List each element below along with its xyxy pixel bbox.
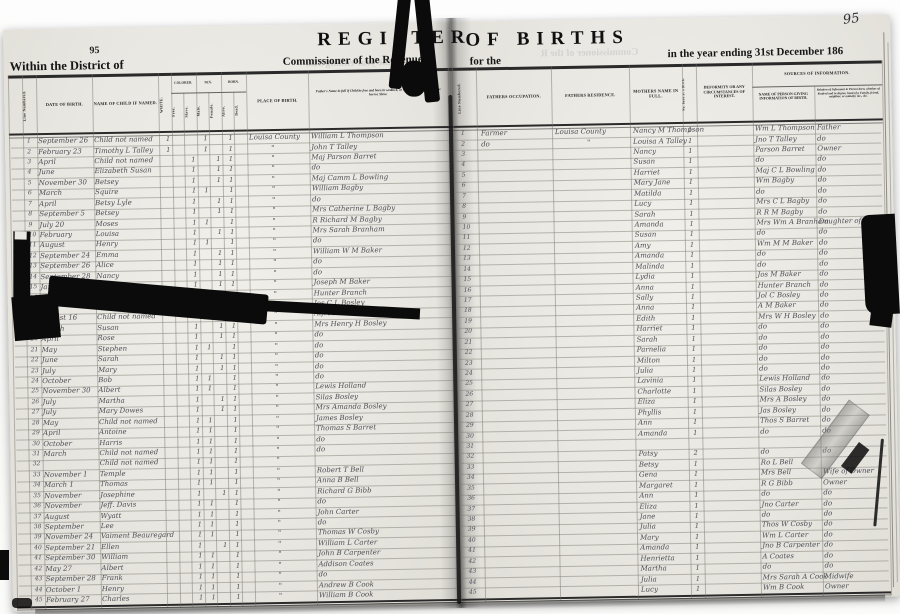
father-name: Hunter Branch [314, 289, 367, 297]
informant-name: Jno Carter [761, 501, 798, 509]
tally-mark: 1 [233, 396, 237, 403]
birth-place: Louisa County [249, 134, 300, 142]
father-name: Anna B Bell [317, 477, 359, 485]
informant-name: do [756, 188, 765, 195]
row-line-number: 25 [31, 389, 39, 395]
number-born-at-birth: 1 [694, 481, 698, 488]
tally-mark: 1 [198, 563, 202, 570]
tally-mark: 1 [233, 406, 237, 413]
number-born-at-birth: 1 [688, 127, 692, 134]
birth-place: " [272, 165, 275, 172]
informant-name: Hunter Branch [758, 281, 811, 289]
number-born-at-birth: 1 [692, 367, 696, 374]
mother-name: Milton [637, 357, 660, 364]
mother-name: Sally [636, 294, 654, 301]
informant-name: A M Baker [758, 302, 796, 310]
informant-relation: do [824, 542, 833, 549]
informant-name: Wm B Cook [763, 584, 805, 592]
row-line-number: 4 [28, 170, 32, 176]
tally-mark: 1 [199, 594, 203, 601]
tally-mark: 1 [209, 438, 213, 445]
row-line-number: 35 [33, 493, 41, 499]
birth-place: " [279, 583, 282, 590]
row-line-number: 23 [31, 368, 39, 374]
row-line-number: 9 [28, 222, 32, 228]
child-name: Child not named [97, 314, 156, 322]
child-name: Emma [96, 252, 119, 259]
number-born-at-birth: 1 [696, 565, 700, 572]
tally-mark: 1 [221, 406, 225, 413]
number-born-at-birth: 1 [694, 492, 698, 499]
col-header-slave: Slave. [184, 95, 196, 127]
row-line-number: 28 [32, 420, 40, 426]
row-line-number: 23 [465, 360, 473, 366]
father-name: Thomas W Cosby [318, 529, 379, 537]
row-line-number: 8 [462, 204, 466, 210]
birth-place: " [274, 311, 277, 318]
number-born-at-birth: 1 [688, 158, 692, 165]
row-line-number: 24 [465, 371, 473, 377]
col-header-deformity: DEFORMITY OR ANY CIRCUMSTANCES OF INTERE… [698, 85, 750, 100]
row-line-number: 36 [33, 503, 41, 509]
tally-mark: 1 [193, 250, 197, 257]
informant-name: do [755, 157, 764, 164]
row-line-number: 39 [34, 535, 42, 541]
row-line-number: 41 [34, 555, 42, 561]
mother-name: Gena [639, 472, 658, 479]
tally-mark: 1 [196, 438, 200, 445]
birth-place: " [275, 364, 278, 371]
informant-name: do [761, 491, 770, 498]
tally-mark: 1 [208, 417, 212, 424]
number-born-at-birth: 1 [694, 461, 698, 468]
informant-relation: do [820, 302, 829, 309]
informant-name: Parson Barret [755, 146, 805, 154]
tally-mark: 1 [191, 156, 195, 163]
father-name: John T Talley [311, 143, 357, 151]
tally-mark: 1 [217, 198, 221, 205]
row-line-number: 27 [466, 402, 474, 408]
tally-mark: 1 [236, 552, 240, 559]
child-name: Betsey [95, 210, 119, 217]
birth-place: " [278, 520, 281, 527]
informant-relation: do [820, 323, 829, 330]
row-line-number: 35 [467, 485, 475, 491]
tally-mark: 1 [194, 334, 198, 341]
informant-relation: Father [817, 124, 840, 131]
number-born-at-birth: 1 [691, 304, 695, 311]
number-born-at-birth: 1 [688, 148, 692, 155]
tally-mark: 1 [197, 480, 201, 487]
mother-name: Betsy [639, 461, 659, 468]
birth-date: October [43, 440, 72, 447]
birth-place: " [278, 510, 281, 517]
birth-date: March [39, 190, 62, 197]
tally-mark: 1 [207, 344, 211, 351]
father-name: do [317, 498, 326, 505]
tally-mark: 1 [211, 594, 215, 601]
mother-name: Charlotte [637, 388, 671, 396]
child-name: Albert [101, 564, 123, 571]
father-name: Maj Camm L Bowling [312, 174, 389, 182]
row-line-number: 24 [31, 378, 39, 384]
mother-name: Henrietta [640, 555, 674, 563]
tally-mark: 1 [234, 448, 238, 455]
birth-place: " [271, 145, 274, 152]
number-born-at-birth: 1 [690, 221, 694, 228]
tally-mark: 1 [217, 166, 221, 173]
child-name: Betsy Lyle [95, 199, 132, 207]
tally-mark: 1 [236, 542, 240, 549]
row-line-number: 40 [34, 545, 42, 551]
informant-relation: do [818, 187, 827, 194]
tally-mark: 1 [236, 594, 240, 601]
informant-name: Mrs Sarah A Cook [763, 573, 828, 581]
tally-mark: 1 [210, 511, 214, 518]
informant-name: Wm L Thompson [755, 125, 815, 133]
child-name: Ellen [101, 544, 119, 551]
tally-mark: 1 [195, 365, 199, 372]
row-line-number: 14 [29, 274, 37, 280]
scanned-register-photo: 95 95 Within the District of REGISTER OF… [0, 0, 900, 614]
tally-mark: 1 [222, 490, 226, 497]
tally-mark: 1 [234, 458, 238, 465]
child-name: Charles [102, 596, 129, 603]
tally-mark: 1 [209, 427, 213, 434]
child-name: Child not named [99, 449, 158, 457]
child-name: Martha [99, 398, 125, 405]
birth-place: " [272, 186, 275, 193]
child-name: Albert [98, 387, 120, 394]
birth-date: November [44, 492, 81, 500]
number-born-at-birth: 1 [690, 273, 694, 280]
tally-mark: 1 [198, 542, 202, 549]
informant-relation: Owner [825, 583, 849, 590]
birth-date: September 28 [46, 575, 96, 583]
birth-date: May 27 [45, 565, 72, 572]
tally-mark: 1 [196, 448, 200, 455]
mother-name: Julia [637, 367, 653, 374]
birth-place: " [275, 343, 278, 350]
birth-date: September 30 [45, 555, 95, 563]
mother-name: Louisa A Talley [633, 137, 687, 145]
birth-place: " [272, 218, 275, 225]
father-name: John Carter [318, 508, 360, 516]
tally-mark: 1 [229, 187, 233, 194]
informant-name: do [757, 261, 766, 268]
informant-name: do [760, 428, 769, 435]
mother-name: Jane [640, 513, 656, 520]
mother-name: Mary Jane [634, 179, 671, 187]
page-number-left: 95 [89, 45, 99, 57]
mother-name: Mary [640, 534, 659, 541]
informant-relation: do [821, 344, 830, 351]
tally-mark: 1 [232, 333, 236, 340]
mother-name: Martha [641, 565, 667, 572]
row-line-number: 8 [28, 211, 32, 217]
mother-name: Amy [635, 242, 651, 249]
tally-mark: 1 [208, 386, 212, 393]
birth-date: August [40, 242, 65, 249]
tally-mark: 1 [221, 396, 225, 403]
birth-date: November 30 [42, 388, 90, 396]
mother-name: Harriet [634, 169, 660, 176]
row-line-number: 40 [468, 537, 476, 543]
informant-name: Mrs W H Bosley [758, 312, 815, 320]
birth-place: " [273, 259, 276, 266]
row-line-number: 27 [32, 409, 40, 415]
father-name: Mrs Henry H Bosley [314, 320, 386, 328]
child-name: Mary [98, 366, 117, 373]
row-line-number: 33 [467, 464, 475, 470]
father-name: Andrew B Cook [319, 581, 374, 589]
table-grid [0, 0, 895, 8]
tally-mark: 1 [219, 323, 223, 330]
birth-place: " [278, 562, 281, 569]
mother-name: Harriet [636, 326, 662, 333]
mother-name: Ann [639, 493, 653, 500]
number-born-at-birth: 1 [692, 335, 696, 342]
tally-mark: 1 [194, 323, 198, 330]
birth-place: " [276, 395, 279, 402]
tally-mark: 1 [216, 156, 220, 163]
birth-date: July [42, 367, 56, 374]
tally-mark: 1 [217, 177, 221, 184]
informant-name: do [762, 511, 771, 518]
number-born-at-birth: 1 [695, 513, 699, 520]
birth-place: " [274, 280, 277, 287]
informant-relation: do [819, 229, 828, 236]
birth-date: July 20 [39, 221, 64, 228]
mother-name: Malinda [635, 263, 664, 271]
child-name: Rose [97, 335, 114, 342]
row-line-number: 26 [32, 399, 40, 405]
row-line-number: 1 [461, 131, 465, 137]
row-line-number: 42 [468, 558, 476, 564]
mother-name: Amanda [638, 430, 667, 438]
informant-name: do [759, 345, 768, 352]
birth-date: April [43, 430, 60, 437]
tally-mark: 1 [198, 521, 202, 528]
tally-mark: 1 [211, 552, 215, 559]
mother-name: Anna [636, 305, 654, 312]
birth-place: " [277, 499, 280, 506]
child-name: Antoine [99, 429, 127, 436]
informant-name: R G Bibb [761, 480, 793, 488]
tally-mark: 1 [192, 167, 196, 174]
informant-name: Wm L Carter [762, 532, 808, 540]
tally-mark: 1 [232, 364, 236, 371]
birth-place: " [272, 197, 275, 204]
col-header-white: WHITE. [159, 83, 171, 127]
tally-mark: 1 [196, 407, 200, 414]
tally-mark: 1 [232, 354, 236, 361]
father-name: Maj Parson Barret [311, 153, 376, 161]
informant-name: Wm Bagby [756, 177, 794, 185]
tally-mark: 1 [234, 427, 238, 434]
father-name: Richard G Bibb [317, 487, 371, 495]
tally-mark: 1 [231, 260, 235, 267]
informant-relation: do [822, 396, 831, 403]
tally-mark: 1 [235, 531, 239, 538]
tally-mark: 1 [236, 573, 240, 580]
tally-mark: 1 [232, 343, 236, 350]
father-residence: Louisa County [555, 128, 606, 136]
informant-name: Thos W Cosby [762, 521, 812, 529]
register-entries: 1September 26Child not named111Louisa Co… [0, 0, 895, 8]
father-name: John B Carpenter [318, 550, 380, 558]
tally-mark: 1 [231, 281, 235, 288]
father-name: Silas Bosley [316, 393, 359, 401]
birth-place: " [275, 374, 278, 381]
row-line-number: 45 [469, 590, 477, 596]
tally-mark: 1 [192, 219, 196, 226]
birth-date: September 5 [39, 210, 85, 218]
mother-name: Eliza [638, 399, 656, 406]
mother-name: Julia [641, 576, 657, 583]
row-line-number: 11 [463, 235, 471, 241]
row-line-number: 20 [464, 329, 472, 335]
col-group-sex: SEX. [196, 81, 221, 85]
child-name: Josephine [100, 491, 135, 499]
tally-mark: 1 [192, 198, 196, 205]
mother-name: Eliza [639, 503, 657, 510]
birth-place: " [277, 468, 280, 475]
mother-name: Anna [636, 284, 654, 291]
row-line-number: 28 [466, 412, 474, 418]
row-line-number: 43 [35, 576, 43, 582]
father-name: Mrs Sarah Branham [313, 226, 385, 234]
informant-relation: do [818, 166, 827, 173]
informant-relation: do [820, 291, 829, 298]
informant-relation: do [819, 271, 828, 278]
birth-date: September 21 [45, 544, 95, 552]
father-name: do [315, 363, 324, 370]
tally-mark: 1 [166, 146, 170, 153]
tally-mark: 1 [197, 501, 201, 508]
father-name: Mrs Catherine L Bagby [312, 205, 395, 213]
informant-relation: do [819, 250, 828, 257]
tally-mark: 1 [229, 166, 233, 173]
birth-date: June [42, 357, 58, 364]
col-header-dead: Dead. [234, 95, 246, 127]
child-name: Wyatt [101, 512, 122, 519]
tally-mark: 1 [235, 500, 239, 507]
tally-mark: 1 [230, 250, 234, 257]
tally-mark: 1 [210, 532, 214, 539]
child-name: Elizabeth Susan [95, 168, 152, 176]
row-line-number: 22 [465, 350, 473, 356]
mother-name: Patsy [639, 451, 658, 458]
number-born-at-birth: 1 [688, 137, 692, 144]
tally-mark: 1 [211, 584, 215, 591]
number-born-at-birth: 1 [693, 429, 697, 436]
black-tape-right-edge [861, 214, 900, 316]
mother-name: Lucy [641, 586, 658, 593]
tally-mark: 1 [193, 261, 197, 268]
informant-name: Lewis Holland [759, 375, 810, 383]
father-name: Thomas S Barret [316, 424, 376, 432]
row-line-number: 30 [32, 441, 40, 447]
row-line-number: 2 [27, 149, 31, 155]
father-name: Joseph M Baker [313, 279, 370, 287]
tally-mark: 1 [230, 229, 234, 236]
tally-mark: 1 [236, 562, 240, 569]
father-name: do [319, 571, 328, 578]
father-name: do [315, 373, 324, 380]
informant-relation: Owner [823, 479, 847, 486]
tally-mark: 1 [229, 145, 233, 152]
informant-name: Maj C L Bowling [756, 166, 815, 174]
birth-date: September 26 [40, 263, 90, 271]
row-line-number: 44 [35, 587, 43, 593]
tally-mark: 1 [236, 583, 240, 590]
number-born-at-birth: 1 [690, 262, 694, 269]
child-name: Jeff. Davis [100, 502, 136, 510]
father-name: William L Thompson [311, 132, 384, 140]
father-name: do [314, 331, 323, 338]
tally-mark: 1 [217, 208, 221, 215]
tally-mark: 1 [199, 574, 203, 581]
number-born-at-birth: 1 [689, 169, 693, 176]
black-tape-right-small [869, 309, 893, 328]
mother-name: Amanda [635, 221, 664, 229]
row-line-number: 43 [469, 569, 477, 575]
tally-mark: 1 [230, 208, 234, 215]
tally-mark: 1 [192, 209, 196, 216]
birth-date: September 26 [38, 137, 88, 145]
tally-mark: 1 [230, 218, 234, 225]
informant-name: do [759, 365, 768, 372]
father-name: do [312, 196, 321, 203]
father-name: Mrs Amanda Bosley [316, 403, 387, 411]
child-name: Timothy L Talley [94, 147, 153, 155]
father-name: do [315, 342, 324, 349]
tally-mark: 1 [211, 573, 215, 580]
birth-place: " [277, 489, 280, 496]
row-line-number: 12 [463, 245, 471, 251]
mother-name: Julia [640, 524, 656, 531]
birth-place: " [277, 478, 280, 485]
father-name: do [316, 436, 325, 443]
row-line-number: 39 [468, 527, 476, 533]
birth-place: " [278, 530, 281, 537]
tally-mark: 1 [195, 344, 199, 351]
row-line-number: 4 [461, 162, 465, 168]
birth-date: April [39, 201, 56, 208]
birth-place: " [275, 353, 278, 360]
mother-name: Matilda [634, 190, 661, 197]
birth-place: " [274, 322, 277, 329]
mother-name: Susan [633, 159, 655, 166]
col-header-number-born: No. born at a Birth. [682, 72, 697, 118]
child-name: Henry [96, 241, 118, 248]
row-line-number: 30 [466, 433, 474, 439]
book-spread: 95 95 Within the District of REGISTER OF… [0, 0, 900, 614]
row-line-number: 13 [29, 263, 37, 269]
child-name: Temple [100, 471, 126, 478]
row-line-number: 5 [28, 180, 32, 186]
birth-date: July [43, 409, 57, 416]
informant-relation: do [825, 563, 834, 570]
tally-mark: 1 [192, 188, 196, 195]
child-name: Louisa [96, 231, 120, 238]
birth-date: October [42, 378, 71, 385]
father-occupation: do [481, 141, 490, 148]
tally-mark: 1 [218, 260, 222, 267]
mother-name: Sarah [634, 211, 655, 218]
informant-relation: do [821, 354, 830, 361]
